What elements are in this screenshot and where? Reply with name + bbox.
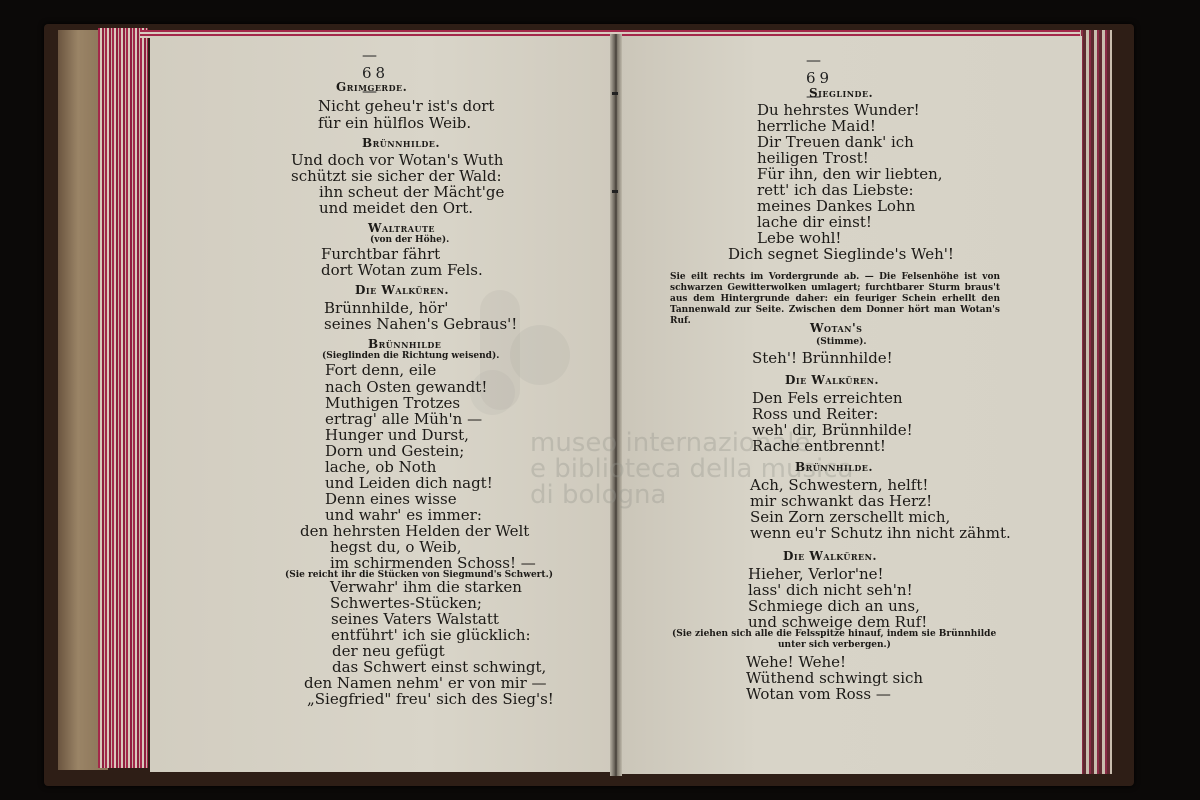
verse-line: heiligen Trost! xyxy=(757,150,869,166)
verse-line: Nicht geheu'r ist's dort xyxy=(318,98,494,114)
verse-line: entführt' ich sie glücklich: xyxy=(331,627,531,643)
verse-line: und Leiden dich nagt! xyxy=(325,475,493,491)
verse-line: und meidet den Ort. xyxy=(319,200,473,216)
verse-line: Und doch vor Wotan's Wuth xyxy=(291,152,503,168)
verse-line: Du hehrstes Wunder! xyxy=(757,102,920,118)
speaker-name: Brünnhilde xyxy=(368,337,441,351)
verse-line: Hunger und Durst, xyxy=(325,427,469,443)
verse-line: seines Vaters Walstatt xyxy=(331,611,499,627)
stage-direction: (Sie ziehen sich alle die Felsspitze hin… xyxy=(672,629,996,639)
verse-line: wenn eu'r Schutz ihn nicht zähmt. xyxy=(750,525,1011,541)
page-edges-left xyxy=(98,28,148,768)
verse-line: Den Fels erreichten xyxy=(752,390,903,406)
speaker-name: Wotan's xyxy=(810,321,862,335)
verse-line: hegst du, o Weib, xyxy=(330,539,461,555)
verse-line: und schweige dem Ruf! xyxy=(748,614,927,630)
verse-line: rett' ich das Liebste: xyxy=(757,182,914,198)
verse-line: Muthigen Trotzes xyxy=(325,395,460,411)
verse-line: schützt sie sicher der Wald: xyxy=(291,168,502,184)
verse-line: Verwahr' ihm die starken xyxy=(330,579,522,595)
stage-direction: (von der Höhe). xyxy=(370,235,449,245)
book-gutter xyxy=(610,34,622,776)
verse-line: Für ihn, den wir liebten, xyxy=(757,166,943,182)
verse-line: ihn scheut der Mächt'ge xyxy=(319,184,504,200)
verse-line: dort Wotan zum Fels. xyxy=(321,262,483,278)
verse-line: lass' dich nicht seh'n! xyxy=(748,582,913,598)
verse-line: Ross und Reiter: xyxy=(752,406,878,422)
verse-line: Rache entbrennt! xyxy=(752,438,886,454)
verse-line: Denn eines wisse xyxy=(325,491,457,507)
verse-line: Hieher, Verlor'ne! xyxy=(748,566,884,582)
speaker-name: Grimgerde. xyxy=(336,80,407,94)
speaker-name: Waltraute xyxy=(368,221,435,235)
binding-stitch xyxy=(612,92,618,95)
verse-line: meines Dankes Lohn xyxy=(757,198,915,214)
verse-line: und wahr' es immer: xyxy=(325,507,482,523)
speaker-name: Brünnhilde. xyxy=(795,460,873,474)
verse-line: Sein Zorn zerschellt mich, xyxy=(750,509,950,525)
verse-line: Lebe wohl! xyxy=(757,230,841,246)
verse-line: ertrag' alle Müh'n — xyxy=(325,411,482,427)
verse-line: Ach, Schwestern, helft! xyxy=(750,477,928,493)
page-edges-right xyxy=(1078,30,1112,774)
speaker-name: Die Walküren. xyxy=(783,549,877,563)
verse-line: Dorn und Gestein; xyxy=(325,443,464,459)
verse-line: Furchtbar fährt xyxy=(321,246,440,262)
verse-line: Wotan vom Ross — xyxy=(746,686,891,702)
verse-line: weh' dir, Brünnhilde! xyxy=(752,422,913,438)
verse-line: „Siegfried" freu' sich des Sieg's! xyxy=(307,691,554,707)
verse-line: den hehrsten Helden der Welt xyxy=(300,523,529,539)
verse-line: das Schwert einst schwingt, xyxy=(332,659,546,675)
verse-line: den Namen nehm' er von mir — xyxy=(304,675,547,691)
verse-line: Dich segnet Sieglinde's Weh'! xyxy=(728,246,954,262)
verse-line: Schwertes-Stücken; xyxy=(330,595,482,611)
verse-line: der neu gefügt xyxy=(332,643,445,659)
verse-line: für ein hülflos Weib. xyxy=(318,115,471,131)
verse-line: im schirmenden Schoss! — xyxy=(330,555,536,571)
stage-direction: (Stimme). xyxy=(816,337,867,347)
verse-line: Wüthend schwingt sich xyxy=(746,670,923,686)
verse-line: herrliche Maid! xyxy=(757,118,876,134)
verse-line: Schmiege dich an uns, xyxy=(748,598,920,614)
binding-stitch xyxy=(612,190,618,193)
verse-line: lache dir einst! xyxy=(757,214,872,230)
verse-line: Wehe! Wehe! xyxy=(746,654,846,670)
verse-line: lache, ob Noth xyxy=(325,459,436,475)
verse-line: Dir Treuen dank' ich xyxy=(757,134,914,150)
verse-line: Fort denn, eile xyxy=(325,362,436,378)
speaker-name: Brünnhilde. xyxy=(362,136,440,150)
speaker-name: Die Walküren. xyxy=(355,283,449,297)
stage-direction: unter sich verbergen.) xyxy=(778,640,891,650)
stage-direction: (Sieglinden die Richtung weisend). xyxy=(322,351,499,361)
speaker-name: Sieglinde. xyxy=(809,86,873,100)
verse-line: mir schwankt das Herz! xyxy=(750,493,932,509)
verse-line: Brünnhilde, hör' xyxy=(324,300,448,316)
speaker-name: Die Walküren. xyxy=(785,373,879,387)
verse-line: nach Osten gewandt! xyxy=(325,379,487,395)
verse-line: seines Nahen's Gebraus'! xyxy=(324,316,517,332)
stage-direction-paragraph: Sie eilt rechts im Vordergrunde ab. — Di… xyxy=(670,272,1000,327)
verse-line: Steh'! Brünnhilde! xyxy=(752,350,893,366)
